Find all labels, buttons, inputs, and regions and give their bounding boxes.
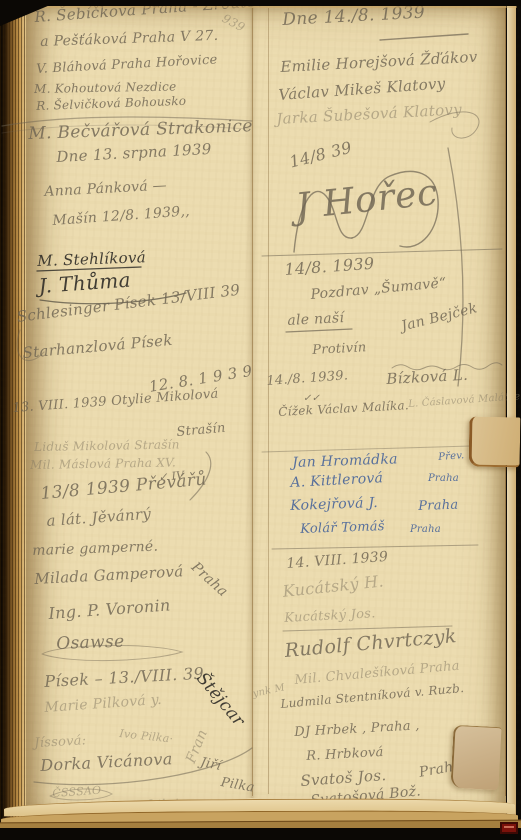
- signature-entry: Osawse: [56, 634, 125, 653]
- signature-entry: Ing. P. Voronin: [48, 597, 171, 621]
- signature-entry: ČSSSAO: [52, 785, 102, 799]
- signature-entry: 13/8 1939 Převářů: [40, 471, 207, 502]
- signature-entry: a Pešťáková Praha V 27.: [40, 29, 219, 49]
- signature-entry: Jan Hromádka: [292, 452, 398, 470]
- red-tab-marker: [500, 822, 518, 834]
- signature-entry: Praha: [428, 474, 459, 484]
- signature-entry: Praha: [189, 560, 230, 599]
- signature-entry: Přev.: [438, 451, 465, 463]
- signature-entry: 13. VIII. 1939 Otylie Mikolová: [12, 388, 219, 415]
- signature-entry: Protivín: [312, 341, 367, 357]
- signature-entry: Kucátský Jos.: [284, 607, 376, 625]
- signature-entry: Mašín 12/8. 1939,,: [52, 204, 190, 228]
- signature-entry: DJ Hrbek , Praha ,: [294, 719, 420, 739]
- signature-entry: Pilka: [220, 776, 256, 795]
- signature-entry: Dne 14./8. 1939: [282, 5, 425, 29]
- signature-entry: Dne 13. srpna 1939: [56, 142, 212, 165]
- next-page-sliver: [507, 5, 516, 817]
- signature-entry: Praha: [410, 525, 441, 535]
- signature-entry: Praha: [418, 499, 459, 513]
- signature-entry: 14. VIII. 1939: [286, 550, 389, 571]
- signature-entry: L. Čáslavová Malátce: [408, 392, 521, 410]
- torn-tape-patch-middle: [469, 417, 521, 468]
- guestbook-scan: R. Šebíčková Praha - Žroutova Pešťáková …: [0, 0, 521, 840]
- signature-entry: Štějcar: [193, 670, 247, 730]
- signature-entry: Jan Bejček: [400, 301, 479, 333]
- signature-entry: Starhanzlová Písek: [22, 333, 173, 361]
- signature-entry: M. Kohoutová Nezdice: [34, 81, 177, 95]
- signature-entry: Anna Pánková —: [44, 179, 167, 199]
- signature-entry: Václav Mikeš Klatovy: [278, 76, 446, 103]
- signature-entry: ale naší: [287, 311, 344, 328]
- signature-entry: Bízková L.: [386, 368, 468, 387]
- torn-tape-patch-bottom: [450, 725, 501, 790]
- signature-entry: Emilie Horejšová Žďákov: [280, 50, 478, 75]
- signature-entry: Jarka Šubešová Klatovy: [276, 102, 462, 127]
- signature-entry: R. Hrbková: [306, 746, 384, 763]
- signature-entry: Kucátský H.: [282, 573, 385, 600]
- signature-entry: Jíssová:: [34, 734, 87, 750]
- signature-entry: a lát. Jěvánrý: [46, 507, 152, 529]
- signatures-layer: R. Šebíčková Praha - Žroutova Pešťáková …: [0, 0, 521, 840]
- signature-entry: Rudolf Chvrtczyk: [284, 627, 457, 661]
- top-page-edge-highlight: [30, 6, 517, 8]
- bottom-black-border: [0, 828, 521, 840]
- signature-entry: R. Šelvičková Bohousko: [36, 95, 186, 112]
- signature-entry: Liduš Mikolová Strašín: [34, 438, 180, 453]
- signature-entry: 939: [220, 12, 246, 34]
- page-right-edge-line: [505, 8, 506, 796]
- signature-entry: V. Bláhová Praha Hořovice: [36, 54, 218, 76]
- signature-entry: Kolář Tomáš: [300, 520, 385, 536]
- signature-entry: 14/8. 1939: [284, 256, 375, 278]
- signature-entry: M. Bečvářová Strakonice: [28, 118, 253, 143]
- signature-entry: Dorka Vicánova: [40, 751, 173, 774]
- signature-entry: Milada Gamperová: [34, 564, 184, 587]
- signature-entry: Kokejřová J.: [290, 496, 378, 513]
- signature-entry: Čížek Václav Malíka.: [278, 399, 409, 418]
- signature-entry: Písek – 13./VIII. 39: [44, 666, 204, 690]
- signature-entry: A. Kittlerová: [290, 471, 384, 490]
- signature-entry: M. Stehlíková: [37, 250, 146, 269]
- signature-entry: Jiří: [199, 756, 222, 773]
- signature-entry: J Hořec: [294, 175, 440, 226]
- signature-entry: Mil. Máslová Praha XV.: [30, 456, 176, 471]
- signature-entry: Marie Pilková y.: [44, 693, 162, 715]
- signature-entry: marie gamperné.: [32, 540, 158, 558]
- signature-entry: Pozdrav „Šumavě“: [310, 276, 447, 302]
- signature-entry: 14./8. 1939.: [266, 369, 349, 388]
- signature-entry: 14/8 39: [288, 140, 354, 171]
- signature-entry: Ivo Pilka·: [119, 728, 174, 745]
- signature-entry: J. Thůma: [38, 270, 132, 296]
- signature-entry: Strašín: [176, 422, 226, 439]
- signature-entry: Svatoš Jos.: [300, 768, 387, 789]
